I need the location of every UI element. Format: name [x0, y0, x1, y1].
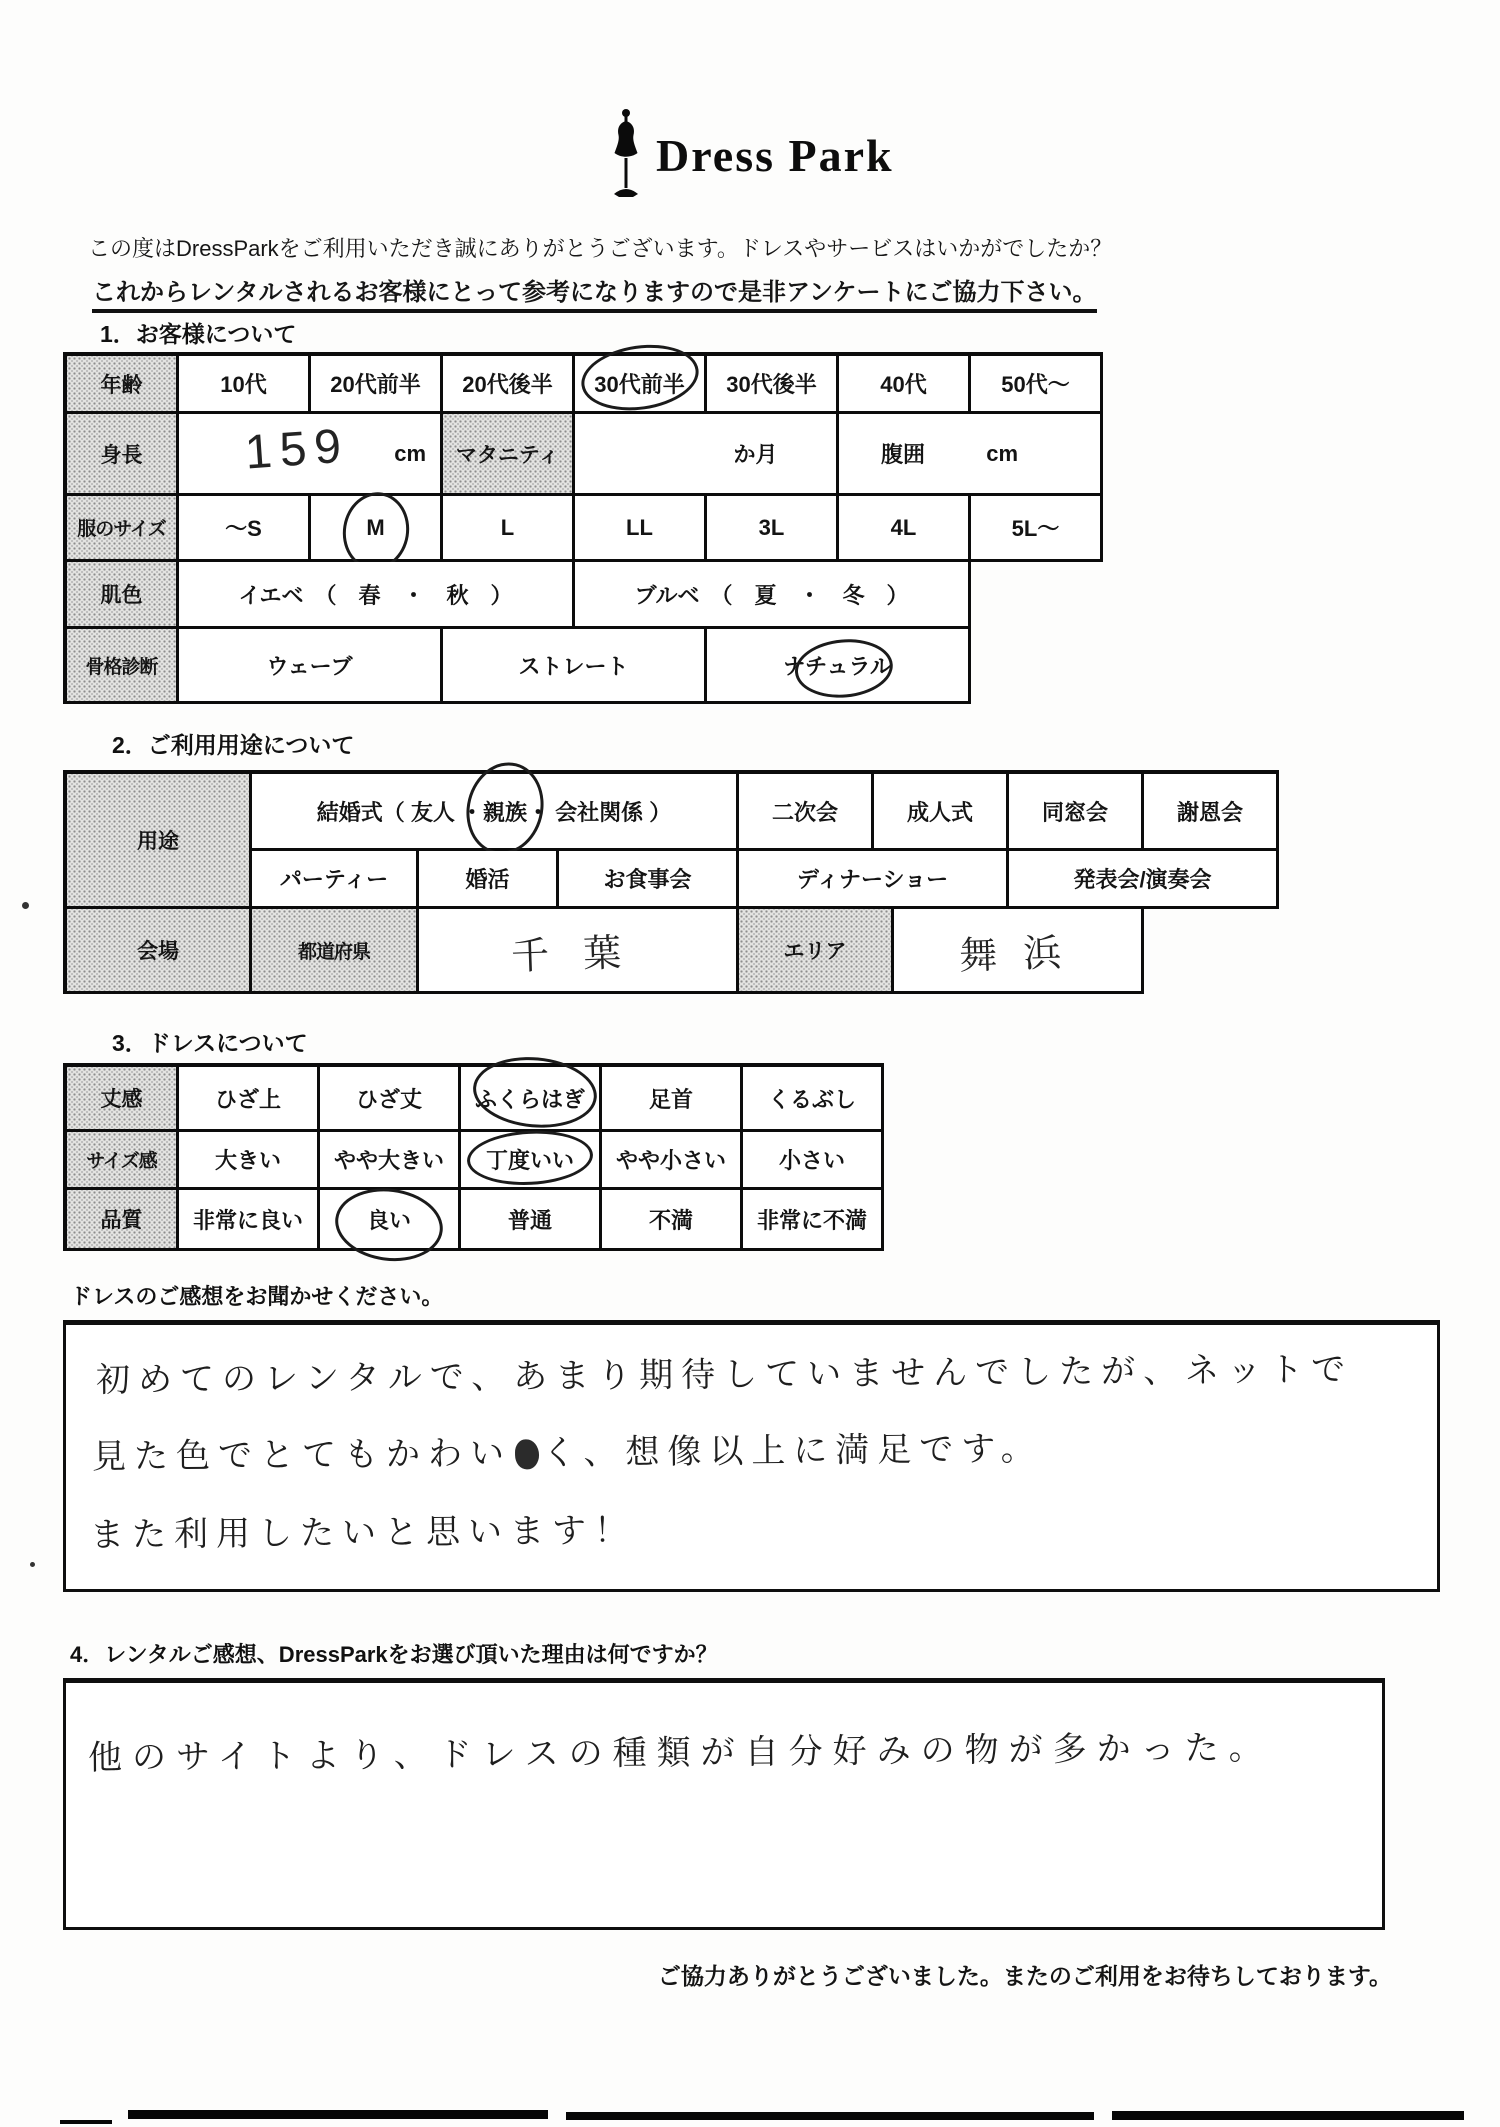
size-option: L — [443, 496, 575, 562]
venue-row-label: 会場 — [67, 909, 252, 994]
quality-option-label: 良い — [367, 1204, 411, 1235]
height-row-label: 身長 — [67, 414, 179, 496]
fit-row-label: サイズ感 — [67, 1132, 179, 1190]
length-option: ひざ上 — [179, 1067, 320, 1132]
fit-option-label: 丁度いい — [486, 1144, 574, 1175]
closing-message: ご協力ありがとうございました。またのご利用をお待ちしております。 — [658, 1958, 1392, 1991]
waist-cell: 腹囲 cm — [839, 414, 1103, 496]
purpose-option: パーティー — [252, 851, 419, 909]
length-row-label: 丈感 — [67, 1067, 179, 1132]
purpose-option: 同窓会 — [1009, 774, 1144, 851]
intro-line: この度はDressParkをご利用いただき誠にありがとうございます。ドレスやサー… — [88, 232, 1112, 263]
fit-option: 小さい — [743, 1132, 884, 1190]
age-option: 40代 — [839, 356, 971, 414]
handwritten-height: 159 — [243, 418, 351, 480]
size-option: 5L～ — [971, 496, 1103, 562]
age-option-selected: 30代前半 — [575, 356, 707, 414]
purpose-option: 成人式 — [874, 774, 1009, 851]
scan-edge-artifact — [128, 2110, 548, 2119]
quality-row-label: 品質 — [67, 1190, 179, 1251]
age-option: 20代前半 — [311, 356, 443, 414]
prefecture-label: 都道府県 — [252, 909, 419, 994]
dress-feedback-box: 初めてのレンタルで、あまり期待していませんでしたが、ネットで 見た色でとてもかわ… — [63, 1320, 1440, 1592]
purpose-option: 謝恩会 — [1144, 774, 1279, 851]
intro-request-line: これからレンタルされるお客様にとって参考になりますので是非アンケートにご協力下さ… — [92, 272, 1097, 307]
size-option: ～S — [179, 496, 311, 562]
customer-table: 年齢 10代 20代前半 20代後半 30代前半 30代後半 40代 50代～ … — [63, 352, 1103, 704]
size-option: 3L — [707, 496, 839, 562]
skin-row-label: 肌色 — [67, 562, 179, 629]
waist-unit-label: cm — [986, 441, 1018, 467]
section2-heading: 2．ご利用用途について — [112, 727, 354, 760]
purpose-option: お食事会 — [559, 851, 739, 909]
section4-heading: 4．レンタルご感想、DressParkをお選び頂いた理由は何ですか？ — [70, 1638, 718, 1669]
length-option: くるぶし — [743, 1067, 884, 1132]
table-filler — [971, 562, 1103, 629]
quality-option: 普通 — [461, 1190, 602, 1251]
section3-heading: 3．ドレスについて — [112, 1025, 308, 1058]
skin-option-yebe: イエベ （ 春 ・ 秋 ） — [179, 562, 575, 629]
fit-option: 大きい — [179, 1132, 320, 1190]
age-option: 50代～ — [971, 356, 1103, 414]
survey-scan-page: Dress Park この度はDressParkをご利用いただき誠にありがとうご… — [0, 0, 1500, 2127]
table-filler — [1144, 909, 1279, 994]
intro-request-underlined: これからレンタルされるお客様にとって参考になりますので是非アンケートにご協力下さ… — [92, 279, 1097, 313]
size-option: 4L — [839, 496, 971, 562]
purpose-option: 二次会 — [739, 774, 874, 851]
handwritten-area: 舞浜 — [947, 920, 1089, 980]
wedding-option-circled: 親族 — [483, 796, 527, 827]
dress-table: 丈感 ひざ上 ひざ丈 ふくらはぎ 足首 くるぶし サイズ感 大きい やや大きい … — [63, 1063, 884, 1251]
handwritten-reason-line: 他のサイトより、ドレスの種類が自分好みの物が多かった。 — [88, 1720, 1273, 1779]
handwritten-comment-line: また利用したいと思います！ — [90, 1503, 636, 1557]
quality-option: 非常に良い — [179, 1190, 320, 1251]
skeleton-option-selected: ナチュラル — [707, 629, 971, 704]
area-label: エリア — [739, 909, 894, 994]
quality-option-selected: 良い — [320, 1190, 461, 1251]
wedding-option-pre: 結婚式（ 友人 ・ — [317, 796, 483, 827]
size-option: LL — [575, 496, 707, 562]
length-option: 足首 — [602, 1067, 743, 1132]
size-option-selected: M — [311, 496, 443, 562]
purpose-option: 婚活 — [419, 851, 559, 909]
waist-label: 腹囲 — [881, 438, 925, 469]
skeleton-row-label: 骨格診断 — [67, 629, 179, 704]
scan-edge-artifact — [566, 2112, 1094, 2120]
fit-option: やや小さい — [602, 1132, 743, 1190]
section1-heading: 1．お客様について — [100, 316, 296, 349]
fit-option-selected: 丁度いい — [461, 1132, 602, 1190]
age-option-label: 30代前半 — [594, 368, 684, 399]
height-unit-label: cm — [394, 441, 426, 467]
length-option-selected: ふくらはぎ — [461, 1067, 602, 1132]
brand-text: Dress Park — [656, 129, 894, 182]
age-option: 20代後半 — [443, 356, 575, 414]
handwritten-comment-line: 見た色でとてもかわいく、想像以上に満足です。 — [92, 1421, 1043, 1478]
scan-speck — [30, 1562, 35, 1567]
size-option-label: M — [366, 515, 384, 541]
purpose-row-label: 用途 — [67, 774, 252, 909]
prefecture-input-cell: 千葉 — [419, 909, 739, 994]
usage-table: 用途 結婚式（ 友人 ・ 親族 ・ 会社関係 ） 二次会 成人式 同窓会 謝恩会… — [63, 770, 1279, 994]
length-option-label: ふくらはぎ — [475, 1083, 585, 1114]
purpose-option: 発表会/演奏会 — [1009, 851, 1279, 909]
length-option: ひざ丈 — [320, 1067, 461, 1132]
scan-edge-artifact — [1112, 2111, 1464, 2120]
quality-option: 不満 — [602, 1190, 743, 1251]
scan-edge-artifact — [60, 2120, 112, 2124]
area-input-cell: 舞浜 — [894, 909, 1144, 994]
wedding-option-post: ・ 会社関係 ） — [527, 796, 671, 827]
age-option: 30代後半 — [707, 356, 839, 414]
maternity-label: マタニティ — [443, 414, 575, 496]
reason-feedback-box: 他のサイトより、ドレスの種類が自分好みの物が多かった。 — [63, 1678, 1385, 1930]
skin-option-bulbe: ブルベ （ 夏 ・ 冬 ） — [575, 562, 971, 629]
purpose-option: ディナーショー — [739, 851, 1009, 909]
scan-speck — [22, 902, 29, 909]
fit-option: やや大きい — [320, 1132, 461, 1190]
skeleton-option: ストレート — [443, 629, 707, 704]
purpose-option-wedding: 結婚式（ 友人 ・ 親族 ・ 会社関係 ） — [252, 774, 739, 851]
handwritten-comment-line: 初めてのレンタルで、あまり期待していませんでしたが、ネットで — [96, 1342, 1353, 1402]
ink-blot — [515, 1439, 539, 1469]
size-row-label: 服のサイズ — [67, 496, 179, 562]
dress-form-icon — [606, 108, 646, 202]
maternity-months-cell: か月 — [575, 414, 839, 496]
handwritten-prefecture: 千葉 — [499, 920, 657, 980]
dresspark-logo: Dress Park — [606, 108, 894, 202]
age-row-label: 年齢 — [67, 356, 179, 414]
age-option: 10代 — [179, 356, 311, 414]
skeleton-option: ウェーブ — [179, 629, 443, 704]
quality-option: 非常に不満 — [743, 1190, 884, 1251]
skeleton-option-label: ナチュラル — [783, 650, 892, 681]
table-filler — [971, 629, 1103, 704]
dress-feedback-label: ドレスのご感想をお聞かせください。 — [70, 1280, 443, 1311]
height-input-cell: 159 cm — [179, 414, 443, 496]
